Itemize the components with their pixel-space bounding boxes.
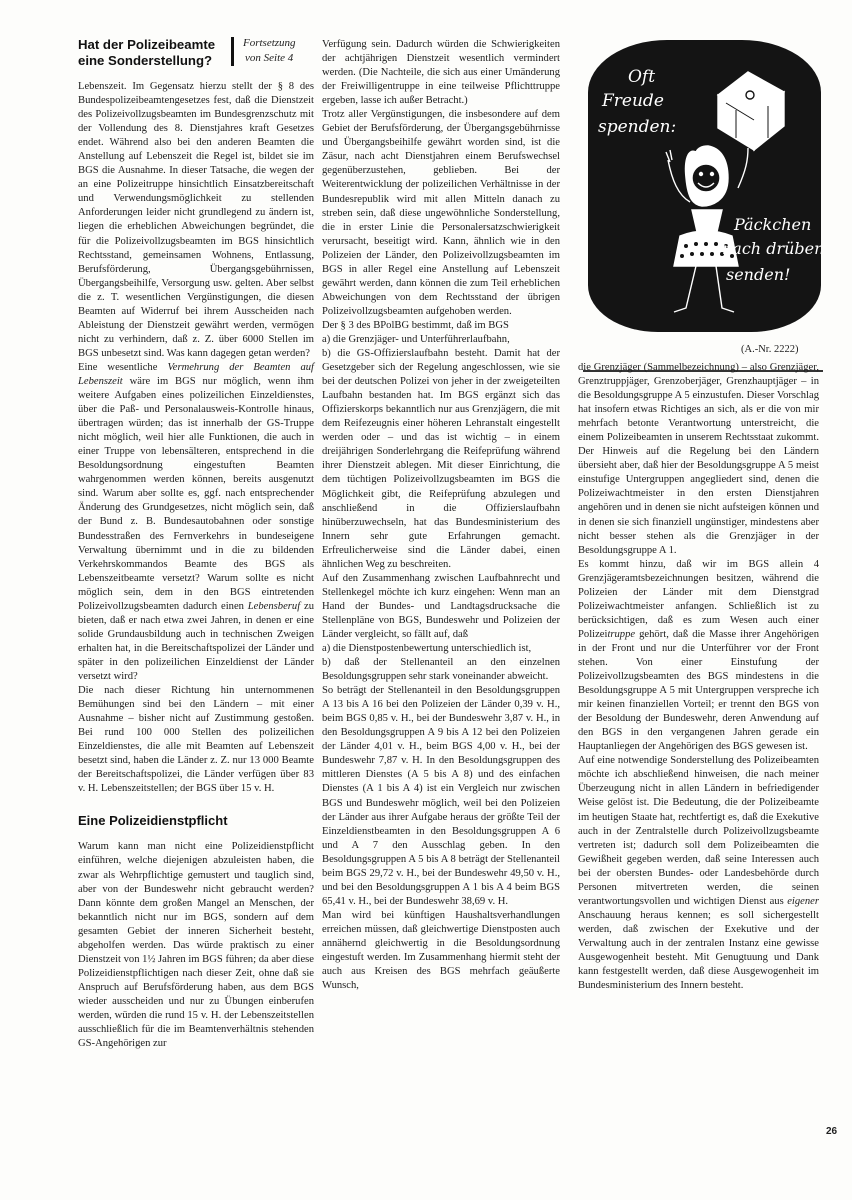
title-divider bbox=[231, 37, 234, 66]
advertisement-panel: Oft Freude spenden: Päckchen nach drüben… bbox=[588, 40, 821, 332]
article-column-2: Verfügung sein. Dadurch würden die Schwi… bbox=[322, 38, 560, 993]
article-title-line1: Hat der Polizeibeamte bbox=[78, 37, 215, 53]
section-heading: Eine Polizeidienstpflicht bbox=[78, 814, 314, 828]
paragraph: Eine wesentliche Vermehrung der Beamten … bbox=[78, 361, 314, 684]
package-icon bbox=[718, 72, 784, 150]
paragraph: Auf eine notwendige Sonderstellung des P… bbox=[578, 754, 819, 993]
paragraph: So beträgt der Stellenanteil in den Beso… bbox=[322, 684, 560, 909]
paragraph: Die nach dieser Richtung hin unternommen… bbox=[78, 684, 314, 796]
paragraph: Man wird bei künftigen Haushaltsverhandl… bbox=[322, 909, 560, 993]
article-column-1: Lebenszeit. Im Gegensatz hierzu stellt d… bbox=[78, 80, 314, 1051]
continuation-line2: von Seite 4 bbox=[243, 51, 296, 66]
continuation-note: Fortsetzung von Seite 4 bbox=[243, 36, 296, 66]
advertisement-code: (A.-Nr. 2222) bbox=[741, 344, 798, 355]
paragraph: die Grenzjäger (Sammelbezeichnung) – als… bbox=[578, 361, 819, 558]
svg-text:spenden:: spenden: bbox=[598, 117, 676, 137]
article-title: Hat der Polizeibeamte eine Sonderstellun… bbox=[78, 37, 215, 69]
gift-girl-illustration: Oft Freude spenden: Päckchen nach drüben… bbox=[588, 40, 821, 332]
emphasis: truppe bbox=[607, 629, 635, 640]
paragraph: Auf den Zusammenhang zwischen Laufbahnre… bbox=[322, 572, 560, 642]
emphasis: Lebensberuf bbox=[248, 601, 300, 612]
paragraph: Warum kann man nicht eine Polizeidienstp… bbox=[78, 840, 314, 1051]
list-item: b) daß der Stellenanteil an den einzelne… bbox=[322, 656, 560, 684]
article-title-line2: eine Sonderstellung? bbox=[78, 53, 215, 69]
svg-text:Päckchen: Päckchen bbox=[733, 215, 811, 234]
list-item: a) die Dienstpostenbewertung unterschied… bbox=[322, 642, 560, 656]
paragraph: Es kommt hinzu, daß wir im BGS allein 4 … bbox=[578, 558, 819, 755]
emphasis: eigener bbox=[787, 896, 819, 907]
page-number: 26 bbox=[826, 1126, 837, 1137]
list-item: b) die GS-Offizierslaufbahn besteht. Dam… bbox=[322, 347, 560, 572]
paragraph: Lebenszeit. Im Gegensatz hierzu stellt d… bbox=[78, 80, 314, 361]
svg-text:nach drüben: nach drüben bbox=[722, 239, 821, 258]
paragraph: Trotz aller Vergünstigungen, die insbeso… bbox=[322, 108, 560, 319]
paragraph: Verfügung sein. Dadurch würden die Schwi… bbox=[322, 38, 560, 108]
svg-text:Oft: Oft bbox=[628, 67, 655, 87]
list-item: a) die Grenzjäger- und Unterführerlaufba… bbox=[322, 333, 560, 347]
paragraph: Der § 3 des BPolBG bestimmt, daß im BGS bbox=[322, 319, 560, 333]
svg-text:senden!: senden! bbox=[726, 265, 790, 284]
continuation-line1: Fortsetzung bbox=[243, 36, 296, 51]
svg-text:Freude: Freude bbox=[601, 91, 664, 111]
article-column-3: die Grenzjäger (Sammelbezeichnung) – als… bbox=[578, 361, 819, 993]
